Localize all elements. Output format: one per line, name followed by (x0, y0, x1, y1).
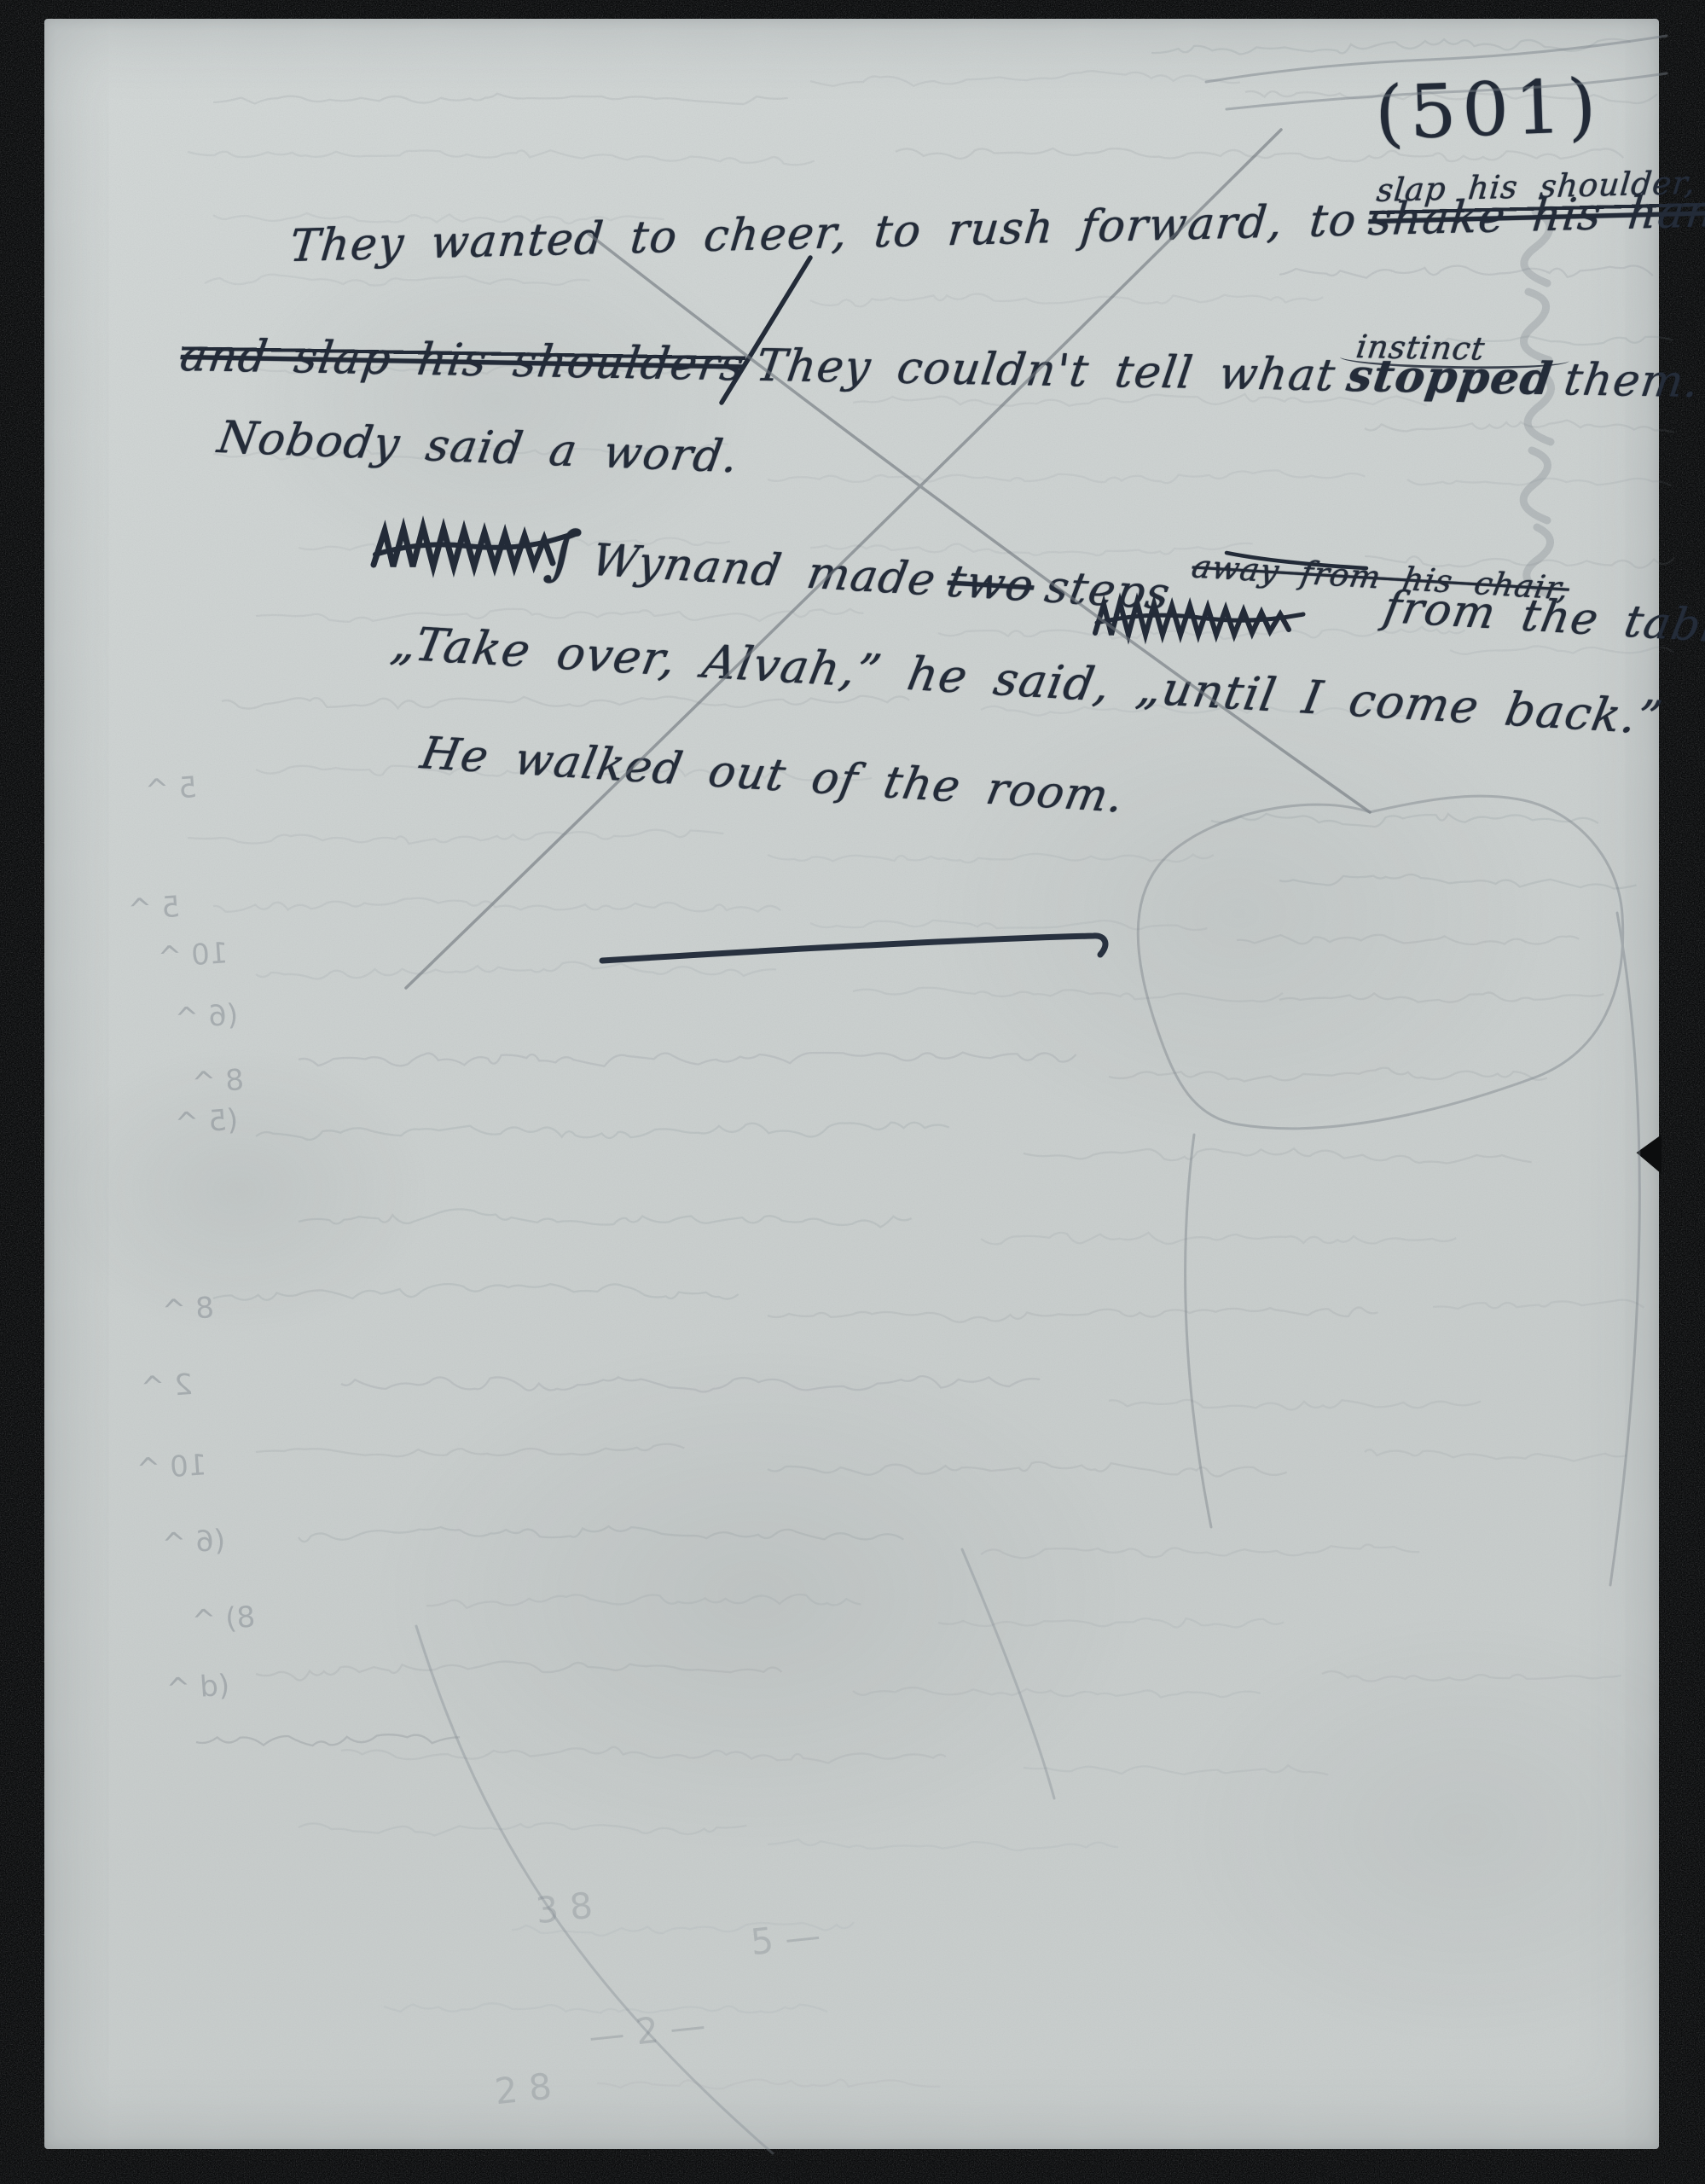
paragraph-insert-mark: ∫ (541, 517, 586, 589)
line4-text-after: steps (1041, 562, 1174, 620)
line4-deleted-word: two (943, 556, 1039, 612)
bleed-margin-mark: (5 ^ (174, 1102, 240, 1141)
line2-revision: instinctstopped (1344, 353, 1556, 404)
line1-revision: slap his shoulder,shake his hands (1366, 188, 1705, 244)
scanned-manuscript-page: 5 ^5 ^10 ^(6 ^8 ^(5 ^8 ^2 ^10 ^(6 ^8) ^(… (0, 0, 1705, 2184)
line2-tail: them. (1561, 354, 1703, 408)
bleed-margin-mark: 10 ^ (136, 1448, 208, 1487)
pencil-bottom-mark: 2 8 (493, 2065, 554, 2113)
pencil-bottom-mark: 5 — (749, 1914, 823, 1963)
line2-insertion: instinct (1354, 330, 1488, 366)
bleed-margin-mark: 2 ^ (140, 1368, 194, 1405)
bleed-margin-mark: 5 ^ (127, 890, 182, 927)
bleed-margin-mark: (d ^ (165, 1668, 231, 1706)
line2-deleted-text: and slap his shoulders (177, 330, 748, 391)
page-number: (501) (1374, 69, 1604, 150)
bleed-margin-mark: 8 ^ (191, 1063, 246, 1101)
ink-scribble-placeholder (363, 561, 541, 572)
bleed-margin-mark: 8 ^ (161, 1291, 216, 1328)
bleed-margin-mark: (6 ^ (161, 1523, 227, 1561)
ink-scribble-placeholder-2 (1180, 610, 1383, 622)
line1-insertion: slap his shoulder, (1375, 166, 1697, 207)
pencil-bottom-mark: 3 8 (534, 1885, 595, 1932)
bleed-margin-mark: 10 ^ (157, 936, 229, 975)
bleed-margin-mark: 5 ^ (144, 770, 199, 808)
line4-revision: away from his chair, (1178, 572, 1389, 630)
bleed-margin-mark: (6 ^ (174, 997, 240, 1036)
bleed-margin-mark: 8) ^ (191, 1600, 257, 1638)
line2-text: They couldn't tell what (753, 340, 1339, 402)
